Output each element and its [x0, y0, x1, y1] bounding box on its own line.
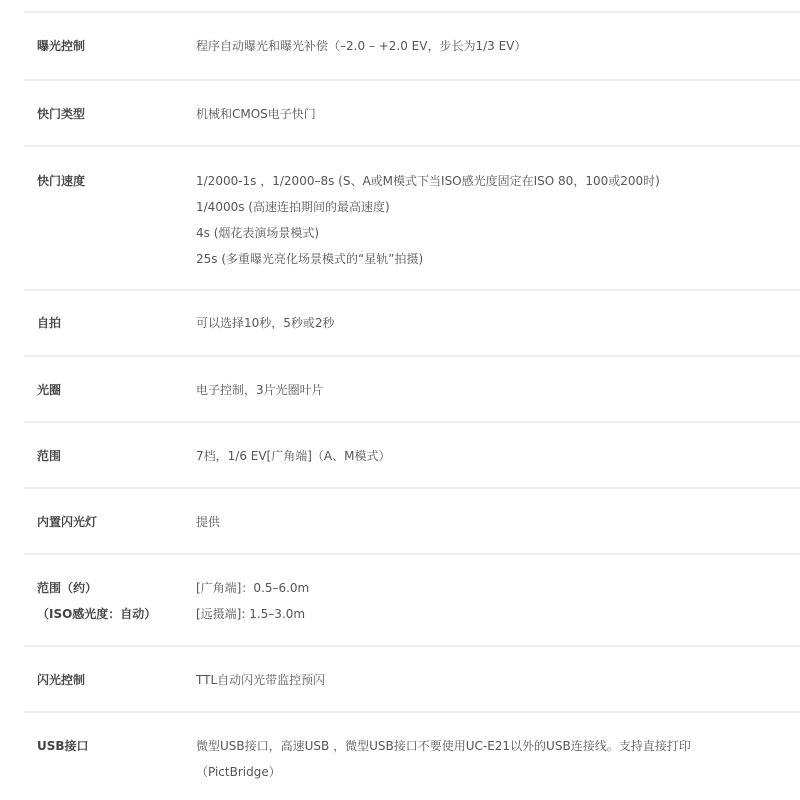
spec-value: 电子控制，3片光圈叶片: [196, 357, 800, 421]
spec-label: 内置闪光灯: [24, 489, 196, 553]
spec-row-shutter-type: 快门类型 机械和CMOS电子快门: [24, 79, 800, 145]
spec-row-aperture: 光圈 电子控制，3片光圈叶片: [24, 355, 800, 421]
spec-label: 快门速度: [24, 147, 196, 289]
spec-label: 曝光控制: [24, 13, 196, 79]
spec-value: [广角端]：0.5–6.0m [远摄端]: 1.5–3.0m: [196, 555, 800, 645]
spec-table: 曝光控制 程序自动曝光和曝光补偿（–2.0 – +2.0 EV，步长为1/3 E…: [24, 0, 800, 790]
spec-label: USB接口: [24, 713, 196, 800]
spec-row-flash-control: 闪光控制 TTL自动闪光带监控预闪: [24, 645, 800, 711]
spec-label: 范围: [24, 423, 196, 487]
spec-row-usb: USB接口 微型USB接口，高速USB ，微型USB接口不要使用UC-E21以外…: [24, 711, 800, 800]
spec-row-self-timer: 自拍 可以选择10秒，5秒或2秒: [24, 289, 800, 355]
spec-value: 微型USB接口，高速USB ，微型USB接口不要使用UC-E21以外的USB连接…: [196, 713, 800, 800]
spec-label: 范围（约） （ISO感光度：自动）: [24, 555, 196, 645]
spec-row-aperture-range: 范围 7档，1/6 EV[广角端]（A、M模式）: [24, 421, 800, 487]
spec-row-flash-range: 范围（约） （ISO感光度：自动） [广角端]：0.5–6.0m [远摄端]: …: [24, 553, 800, 645]
spec-value: TTL自动闪光带监控预闪: [196, 647, 800, 711]
spec-value: 机械和CMOS电子快门: [196, 81, 800, 145]
spec-value: 7档，1/6 EV[广角端]（A、M模式）: [196, 423, 800, 487]
spec-label: 光圈: [24, 357, 196, 421]
spec-value: 提供: [196, 489, 800, 553]
spec-value: 程序自动曝光和曝光补偿（–2.0 – +2.0 EV，步长为1/3 EV）: [196, 13, 800, 79]
spec-value: 1/2000-1s ，1/2000–8s (S、A或M模式下当ISO感光度固定在…: [196, 147, 800, 289]
spec-value: 可以选择10秒，5秒或2秒: [196, 291, 800, 355]
spec-row-shutter-speed: 快门速度 1/2000-1s ，1/2000–8s (S、A或M模式下当ISO感…: [24, 145, 800, 289]
spec-row-built-in-flash: 内置闪光灯 提供: [24, 487, 800, 553]
spec-label: 自拍: [24, 291, 196, 355]
spec-label: 快门类型: [24, 81, 196, 145]
spec-label: 闪光控制: [24, 647, 196, 711]
spec-row-exposure-control: 曝光控制 程序自动曝光和曝光补偿（–2.0 – +2.0 EV，步长为1/3 E…: [24, 13, 800, 79]
